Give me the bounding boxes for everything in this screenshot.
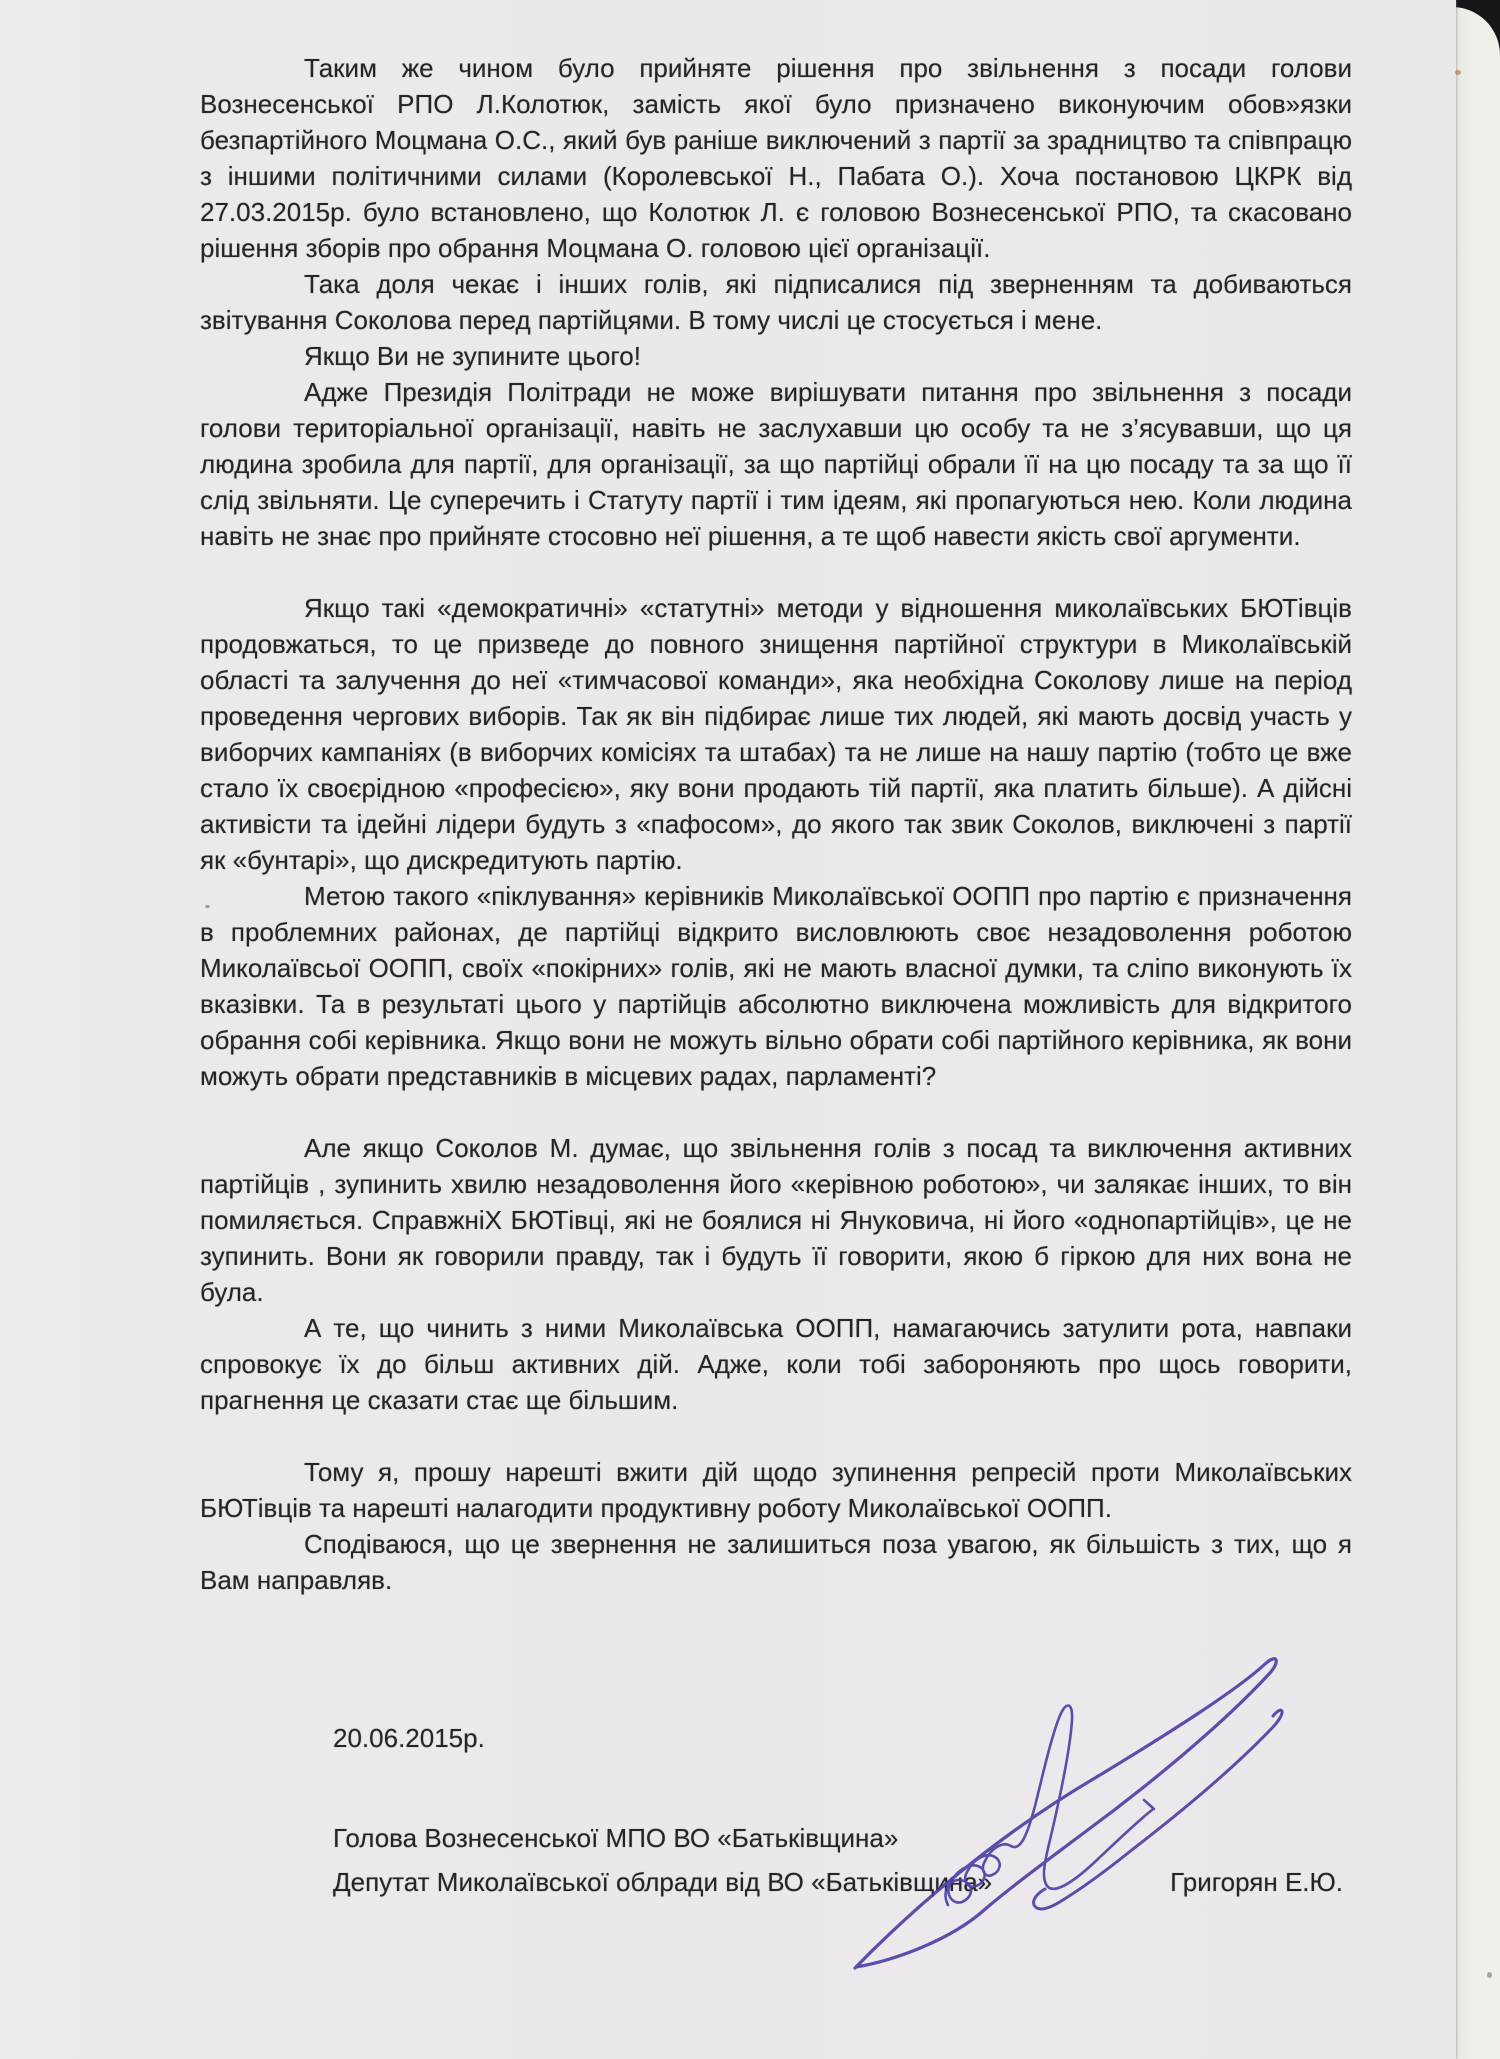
paragraph-10: Сподіваюся, що це звернення не залишитьс… [200,1526,1352,1598]
paragraph-1: Таким же чином було прийняте рішення про… [200,50,1352,266]
paragraph-3: Якщо Ви не зупините цього! [200,338,1352,374]
letter-body: Таким же чином було прийняте рішення про… [200,50,1352,1598]
signoff-block: Голова Вознесенської МПО ВО «Батьківщина… [333,1816,1353,1904]
paragraph-5: Якщо такі «демократичні» «статутні» мето… [200,590,1352,878]
scan-speck [1487,1972,1492,1978]
backing-paper-edge [1452,7,1500,2059]
signoff-title-line-2: Депутат Миколаївської облради від ВО «Ба… [333,1860,992,1904]
scan-speck [205,905,210,908]
scanned-letter-page: Таким же чином було прийняте рішення про… [0,0,1500,2059]
letter-date: 20.06.2015р. [333,1720,485,1756]
paragraph-2: Така доля чекає і інших голів, які підпи… [200,266,1352,338]
signer-name: Григорян Е.Ю. [1170,1860,1353,1904]
scan-speck [1455,70,1461,75]
signoff-title-line-2-row: Депутат Миколаївської облради від ВО «Ба… [333,1860,1353,1904]
paragraph-7: Але якщо Соколов М. думає, що звільнення… [200,1130,1352,1310]
signoff-title-line-1: Голова Вознесенської МПО ВО «Батьківщина… [333,1816,1353,1860]
paragraph-9: Тому я, прошу нарешті вжити дій щодо зуп… [200,1454,1352,1526]
paragraph-8: А те, що чинить з ними Миколаївська ООПП… [200,1310,1352,1418]
paragraph-6: Метою такого «піклування» керівників Мик… [200,878,1352,1094]
paragraph-4: Адже Президія Політради не може вирішува… [200,374,1352,554]
